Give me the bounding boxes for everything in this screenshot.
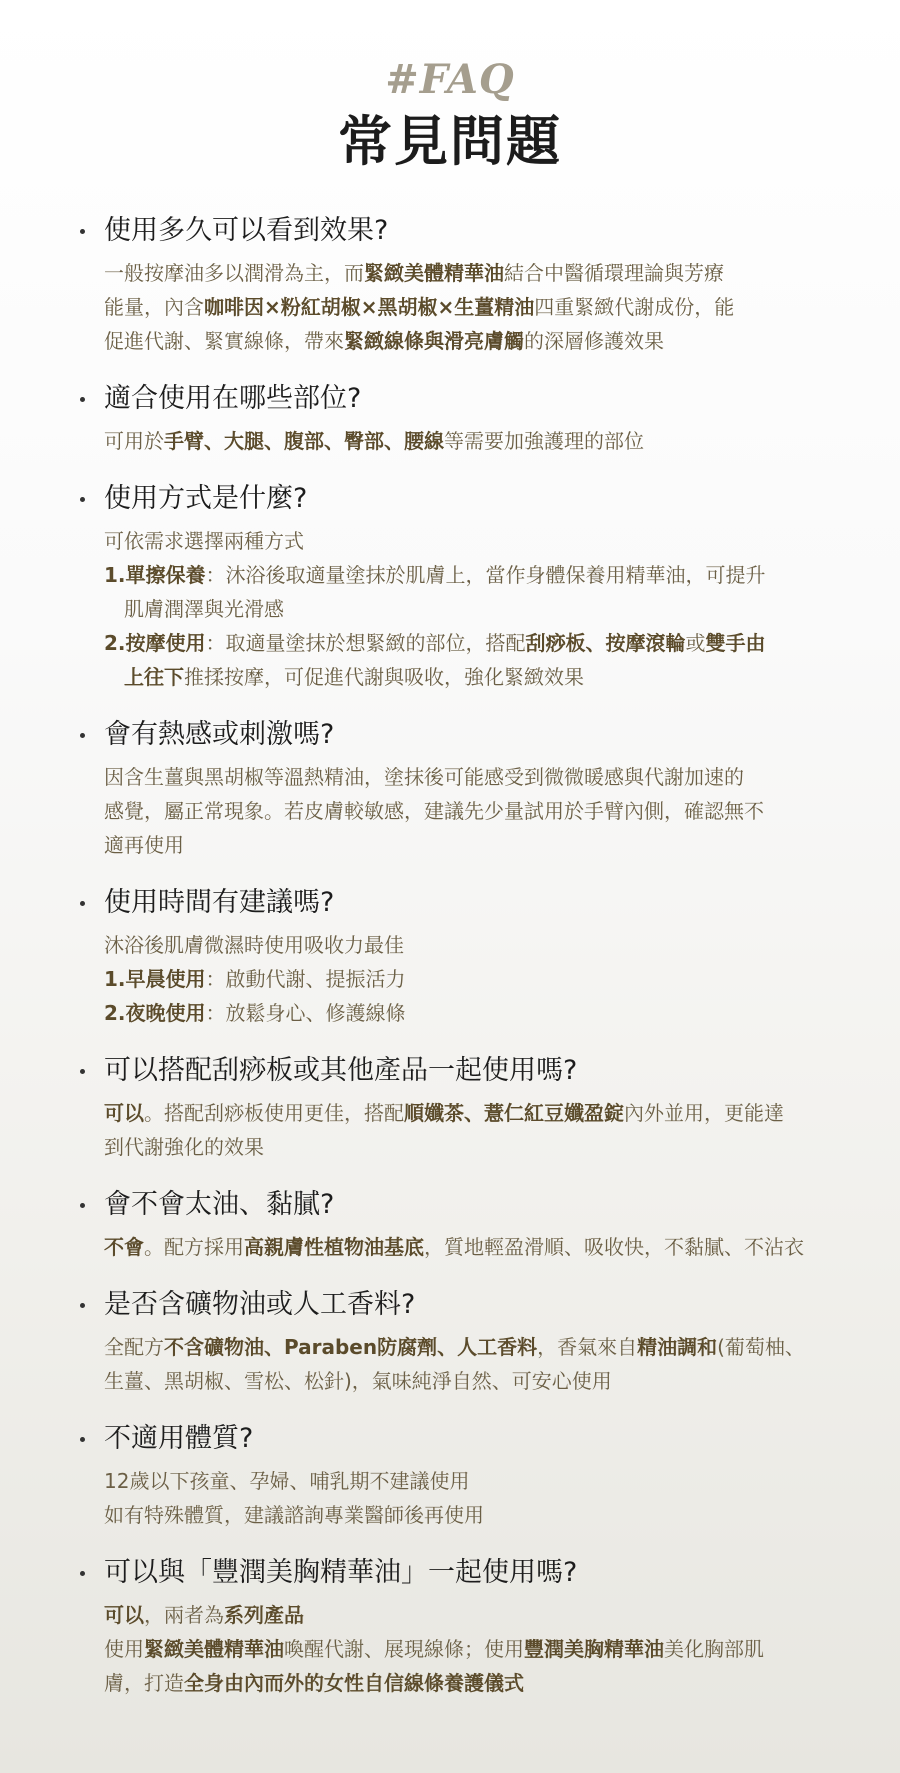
answer-text: 促進代謝、緊實線條，帶來 <box>104 329 344 353</box>
answer-emphasis: 不會 <box>104 1235 144 1259</box>
answer-line: 膚，打造全身由內而外的女性自信線條養護儀式 <box>104 1666 840 1700</box>
answer-line: 促進代謝、緊實線條，帶來緊緻線條與滑亮膚觸的深層修護效果 <box>104 324 840 358</box>
bullet-icon <box>80 229 85 234</box>
answer-text: ：取適量塗抹於想緊緻的部位，搭配 <box>206 631 526 655</box>
faq-question: 會不會太油、黏膩? <box>104 1186 840 1224</box>
answer-text: 或 <box>686 631 706 655</box>
answer-text: 內外並用，更能達 <box>624 1101 784 1125</box>
answer-line: 1.早晨使用：啟動代謝、提振活力 <box>104 962 840 996</box>
answer-emphasis: 可以 <box>104 1603 144 1627</box>
answer-text: ：啟動代謝、提振活力 <box>206 967 406 991</box>
faq-header: #FAQ 常見問題 <box>0 0 900 174</box>
answer-text: 如有特殊體質，建議諮詢專業醫師後再使用 <box>104 1503 484 1527</box>
bullet-icon <box>80 497 85 502</box>
answer-text: ，香氣來自 <box>537 1335 637 1359</box>
answer-line: 肌膚潤澤與光滑感 <box>104 592 840 626</box>
faq-answer: 全配方不含礦物油、Paraben防腐劑、人工香料，香氣來自精油調和(葡萄柚、生薑… <box>104 1330 840 1398</box>
answer-emphasis: 2.夜晚使用 <box>104 1001 206 1025</box>
faq-item: 是否含礦物油或人工香料?全配方不含礦物油、Paraben防腐劑、人工香料，香氣來… <box>80 1286 840 1398</box>
answer-emphasis: 可以 <box>104 1101 144 1125</box>
answer-text: 因含生薑與黑胡椒等溫熱精油，塗抹後可能感受到微微暖感與代謝加速的 <box>104 765 744 789</box>
answer-text: 12歲以下孩童、孕婦、哺乳期不建議使用 <box>104 1469 469 1493</box>
faq-question: 可以與「豐潤美胸精華油」一起使用嗎? <box>104 1554 840 1592</box>
faq-item: 可以搭配刮痧板或其他產品一起使用嗎?可以。搭配刮痧板使用更佳，搭配順孅茶、薏仁紅… <box>80 1052 840 1164</box>
faq-answer: 沐浴後肌膚微濕時使用吸收力最佳1.早晨使用：啟動代謝、提振活力2.夜晚使用：放鬆… <box>104 928 840 1030</box>
answer-text: 能量，內含 <box>104 295 204 319</box>
faq-question: 可以搭配刮痧板或其他產品一起使用嗎? <box>104 1052 840 1090</box>
faq-item: 可以與「豐潤美胸精華油」一起使用嗎?可以，兩者為系列產品使用緊緻美體精華油喚醒代… <box>80 1554 840 1700</box>
faq-answer: 因含生薑與黑胡椒等溫熱精油，塗抹後可能感受到微微暖感與代謝加速的感覺，屬正常現象… <box>104 760 840 862</box>
answer-line: 到代謝強化的效果 <box>104 1130 840 1164</box>
answer-line: 感覺，屬正常現象。若皮膚較敏感，建議先少量試用於手臂內側，確認無不 <box>104 794 840 828</box>
answer-line: 可用於手臂、大腿、腹部、臀部、腰線等需要加強護理的部位 <box>104 424 840 458</box>
answer-text: 四重緊緻代謝成份，能 <box>534 295 734 319</box>
answer-text: 到代謝強化的效果 <box>104 1135 264 1159</box>
answer-line: 因含生薑與黑胡椒等溫熱精油，塗抹後可能感受到微微暖感與代謝加速的 <box>104 760 840 794</box>
answer-text: 。配方採用 <box>144 1235 244 1259</box>
answer-text: ，兩者為 <box>144 1603 224 1627</box>
answer-emphasis: 刮痧板、按摩滾輪 <box>526 631 686 655</box>
answer-emphasis: 順孅茶、薏仁紅豆孅盈錠 <box>404 1101 624 1125</box>
answer-text: 可依需求選擇兩種方式 <box>104 529 304 553</box>
faq-item: 適合使用在哪些部位?可用於手臂、大腿、腹部、臀部、腰線等需要加強護理的部位 <box>80 380 840 458</box>
faq-question: 會有熱感或刺激嗎? <box>104 716 840 754</box>
answer-line: 使用緊緻美體精華油喚醒代謝、展現線條；使用豐潤美胸精華油美化胸部肌 <box>104 1632 840 1666</box>
answer-line: 可以，兩者為系列產品 <box>104 1598 840 1632</box>
answer-text: 全配方 <box>104 1335 164 1359</box>
answer-line: 上往下推揉按摩，可促進代謝與吸收，強化緊緻效果 <box>104 660 840 694</box>
faq-item: 不適用體質?12歲以下孩童、孕婦、哺乳期不建議使用如有特殊體質，建議諮詢專業醫師… <box>80 1420 840 1532</box>
faq-list: 使用多久可以看到效果?一般按摩油多以潤滑為主，而緊緻美體精華油結合中醫循環理論與… <box>0 212 840 1700</box>
answer-text: 美化胸部肌 <box>664 1637 764 1661</box>
answer-line: 生薑、黑胡椒、雪松、松針)，氣味純淨自然、可安心使用 <box>104 1364 840 1398</box>
answer-text: 推揉按摩，可促進代謝與吸收，強化緊緻效果 <box>184 665 584 689</box>
answer-text: 可用於 <box>104 429 164 453</box>
faq-item: 使用時間有建議嗎?沐浴後肌膚微濕時使用吸收力最佳1.早晨使用：啟動代謝、提振活力… <box>80 884 840 1030</box>
faq-answer: 不會。配方採用高親膚性植物油基底，質地輕盈滑順、吸收快，不黏膩、不沾衣 <box>104 1230 840 1264</box>
answer-text: 結合中醫循環理論與芳療 <box>504 261 724 285</box>
answer-emphasis: 精油調和 <box>637 1335 717 1359</box>
answer-text: ：放鬆身心、修護線條 <box>206 1001 406 1025</box>
faq-question: 使用時間有建議嗎? <box>104 884 840 922</box>
answer-emphasis: 系列產品 <box>224 1603 304 1627</box>
answer-text: 等需要加強護理的部位 <box>444 429 644 453</box>
faq-answer: 可用於手臂、大腿、腹部、臀部、腰線等需要加強護理的部位 <box>104 424 840 458</box>
bullet-icon <box>80 1069 85 1074</box>
answer-emphasis: 上往下 <box>124 665 184 689</box>
faq-tag: #FAQ <box>0 56 900 104</box>
answer-emphasis: 2.按摩使用 <box>104 631 206 655</box>
page-title: 常見問題 <box>0 110 900 174</box>
faq-question: 是否含礦物油或人工香料? <box>104 1286 840 1324</box>
faq-answer: 可以，兩者為系列產品使用緊緻美體精華油喚醒代謝、展現線條；使用豐潤美胸精華油美化… <box>104 1598 840 1700</box>
faq-question: 使用方式是什麼? <box>104 480 840 518</box>
answer-emphasis: 不含礦物油、Paraben防腐劑、人工香料 <box>164 1335 537 1359</box>
answer-line: 沐浴後肌膚微濕時使用吸收力最佳 <box>104 928 840 962</box>
answer-line: 2.按摩使用：取適量塗抹於想緊緻的部位，搭配刮痧板、按摩滾輪或雙手由 <box>104 626 840 660</box>
answer-line: 2.夜晚使用：放鬆身心、修護線條 <box>104 996 840 1030</box>
faq-item: 使用方式是什麼?可依需求選擇兩種方式1.單擦保養：沐浴後取適量塗抹於肌膚上，當作… <box>80 480 840 694</box>
answer-text: 生薑、黑胡椒、雪松、松針)，氣味純淨自然、可安心使用 <box>104 1369 612 1393</box>
answer-text: 沐浴後肌膚微濕時使用吸收力最佳 <box>104 933 404 957</box>
answer-emphasis: 緊緻線條與滑亮膚觸 <box>344 329 524 353</box>
answer-text: 感覺，屬正常現象。若皮膚較敏感，建議先少量試用於手臂內側，確認無不 <box>104 799 764 823</box>
answer-emphasis: 全身由內而外的女性自信線條養護儀式 <box>184 1671 524 1695</box>
answer-line: 1.單擦保養：沐浴後取適量塗抹於肌膚上，當作身體保養用精華油，可提升 <box>104 558 840 592</box>
answer-emphasis: 咖啡因×粉紅胡椒×黑胡椒×生薑精油 <box>204 295 534 319</box>
bullet-icon <box>80 1303 85 1308</box>
faq-answer: 可以。搭配刮痧板使用更佳，搭配順孅茶、薏仁紅豆孅盈錠內外並用，更能達到代謝強化的… <box>104 1096 840 1164</box>
bullet-icon <box>80 733 85 738</box>
answer-emphasis: 手臂、大腿、腹部、臀部、腰線 <box>164 429 444 453</box>
answer-emphasis: 雙手由 <box>706 631 766 655</box>
faq-item: 會不會太油、黏膩?不會。配方採用高親膚性植物油基底，質地輕盈滑順、吸收快，不黏膩… <box>80 1186 840 1264</box>
answer-emphasis: 1.早晨使用 <box>104 967 206 991</box>
bullet-icon <box>80 1437 85 1442</box>
answer-line: 可以。搭配刮痧板使用更佳，搭配順孅茶、薏仁紅豆孅盈錠內外並用，更能達 <box>104 1096 840 1130</box>
answer-emphasis: 豐潤美胸精華油 <box>524 1637 664 1661</box>
answer-line: 全配方不含礦物油、Paraben防腐劑、人工香料，香氣來自精油調和(葡萄柚、 <box>104 1330 840 1364</box>
answer-line: 適再使用 <box>104 828 840 862</box>
bullet-icon <box>80 901 85 906</box>
answer-emphasis: 緊緻美體精華油 <box>364 261 504 285</box>
bullet-icon <box>80 1203 85 1208</box>
answer-text: ：沐浴後取適量塗抹於肌膚上，當作身體保養用精華油，可提升 <box>206 563 766 587</box>
faq-question: 不適用體質? <box>104 1420 840 1458</box>
answer-line: 一般按摩油多以潤滑為主，而緊緻美體精華油結合中醫循環理論與芳療 <box>104 256 840 290</box>
answer-emphasis: 1.單擦保養 <box>104 563 206 587</box>
answer-line: 12歲以下孩童、孕婦、哺乳期不建議使用 <box>104 1464 840 1498</box>
answer-text: 使用 <box>104 1637 144 1661</box>
bullet-icon <box>80 1571 85 1576</box>
answer-line: 能量，內含咖啡因×粉紅胡椒×黑胡椒×生薑精油四重緊緻代謝成份，能 <box>104 290 840 324</box>
faq-answer: 一般按摩油多以潤滑為主，而緊緻美體精華油結合中醫循環理論與芳療能量，內含咖啡因×… <box>104 256 840 358</box>
answer-text: 肌膚潤澤與光滑感 <box>124 597 284 621</box>
answer-line: 不會。配方採用高親膚性植物油基底，質地輕盈滑順、吸收快，不黏膩、不沾衣 <box>104 1230 840 1264</box>
answer-text: 。搭配刮痧板使用更佳，搭配 <box>144 1101 404 1125</box>
bullet-icon <box>80 397 85 402</box>
faq-item: 使用多久可以看到效果?一般按摩油多以潤滑為主，而緊緻美體精華油結合中醫循環理論與… <box>80 212 840 358</box>
faq-answer: 可依需求選擇兩種方式1.單擦保養：沐浴後取適量塗抹於肌膚上，當作身體保養用精華油… <box>104 524 840 694</box>
faq-answer: 12歲以下孩童、孕婦、哺乳期不建議使用如有特殊體質，建議諮詢專業醫師後再使用 <box>104 1464 840 1532</box>
answer-line: 可依需求選擇兩種方式 <box>104 524 840 558</box>
faq-question: 使用多久可以看到效果? <box>104 212 840 250</box>
answer-text: 一般按摩油多以潤滑為主，而 <box>104 261 364 285</box>
answer-text: ，質地輕盈滑順、吸收快，不黏膩、不沾衣 <box>424 1235 804 1259</box>
answer-text: 喚醒代謝、展現線條；使用 <box>284 1637 524 1661</box>
faq-question: 適合使用在哪些部位? <box>104 380 840 418</box>
answer-text: 膚，打造 <box>104 1671 184 1695</box>
answer-emphasis: 高親膚性植物油基底 <box>244 1235 424 1259</box>
faq-item: 會有熱感或刺激嗎?因含生薑與黑胡椒等溫熱精油，塗抹後可能感受到微微暖感與代謝加速… <box>80 716 840 862</box>
answer-line: 如有特殊體質，建議諮詢專業醫師後再使用 <box>104 1498 840 1532</box>
answer-text: 的深層修護效果 <box>524 329 664 353</box>
answer-text: (葡萄柚、 <box>717 1335 805 1359</box>
answer-emphasis: 緊緻美體精華油 <box>144 1637 284 1661</box>
answer-text: 適再使用 <box>104 833 184 857</box>
